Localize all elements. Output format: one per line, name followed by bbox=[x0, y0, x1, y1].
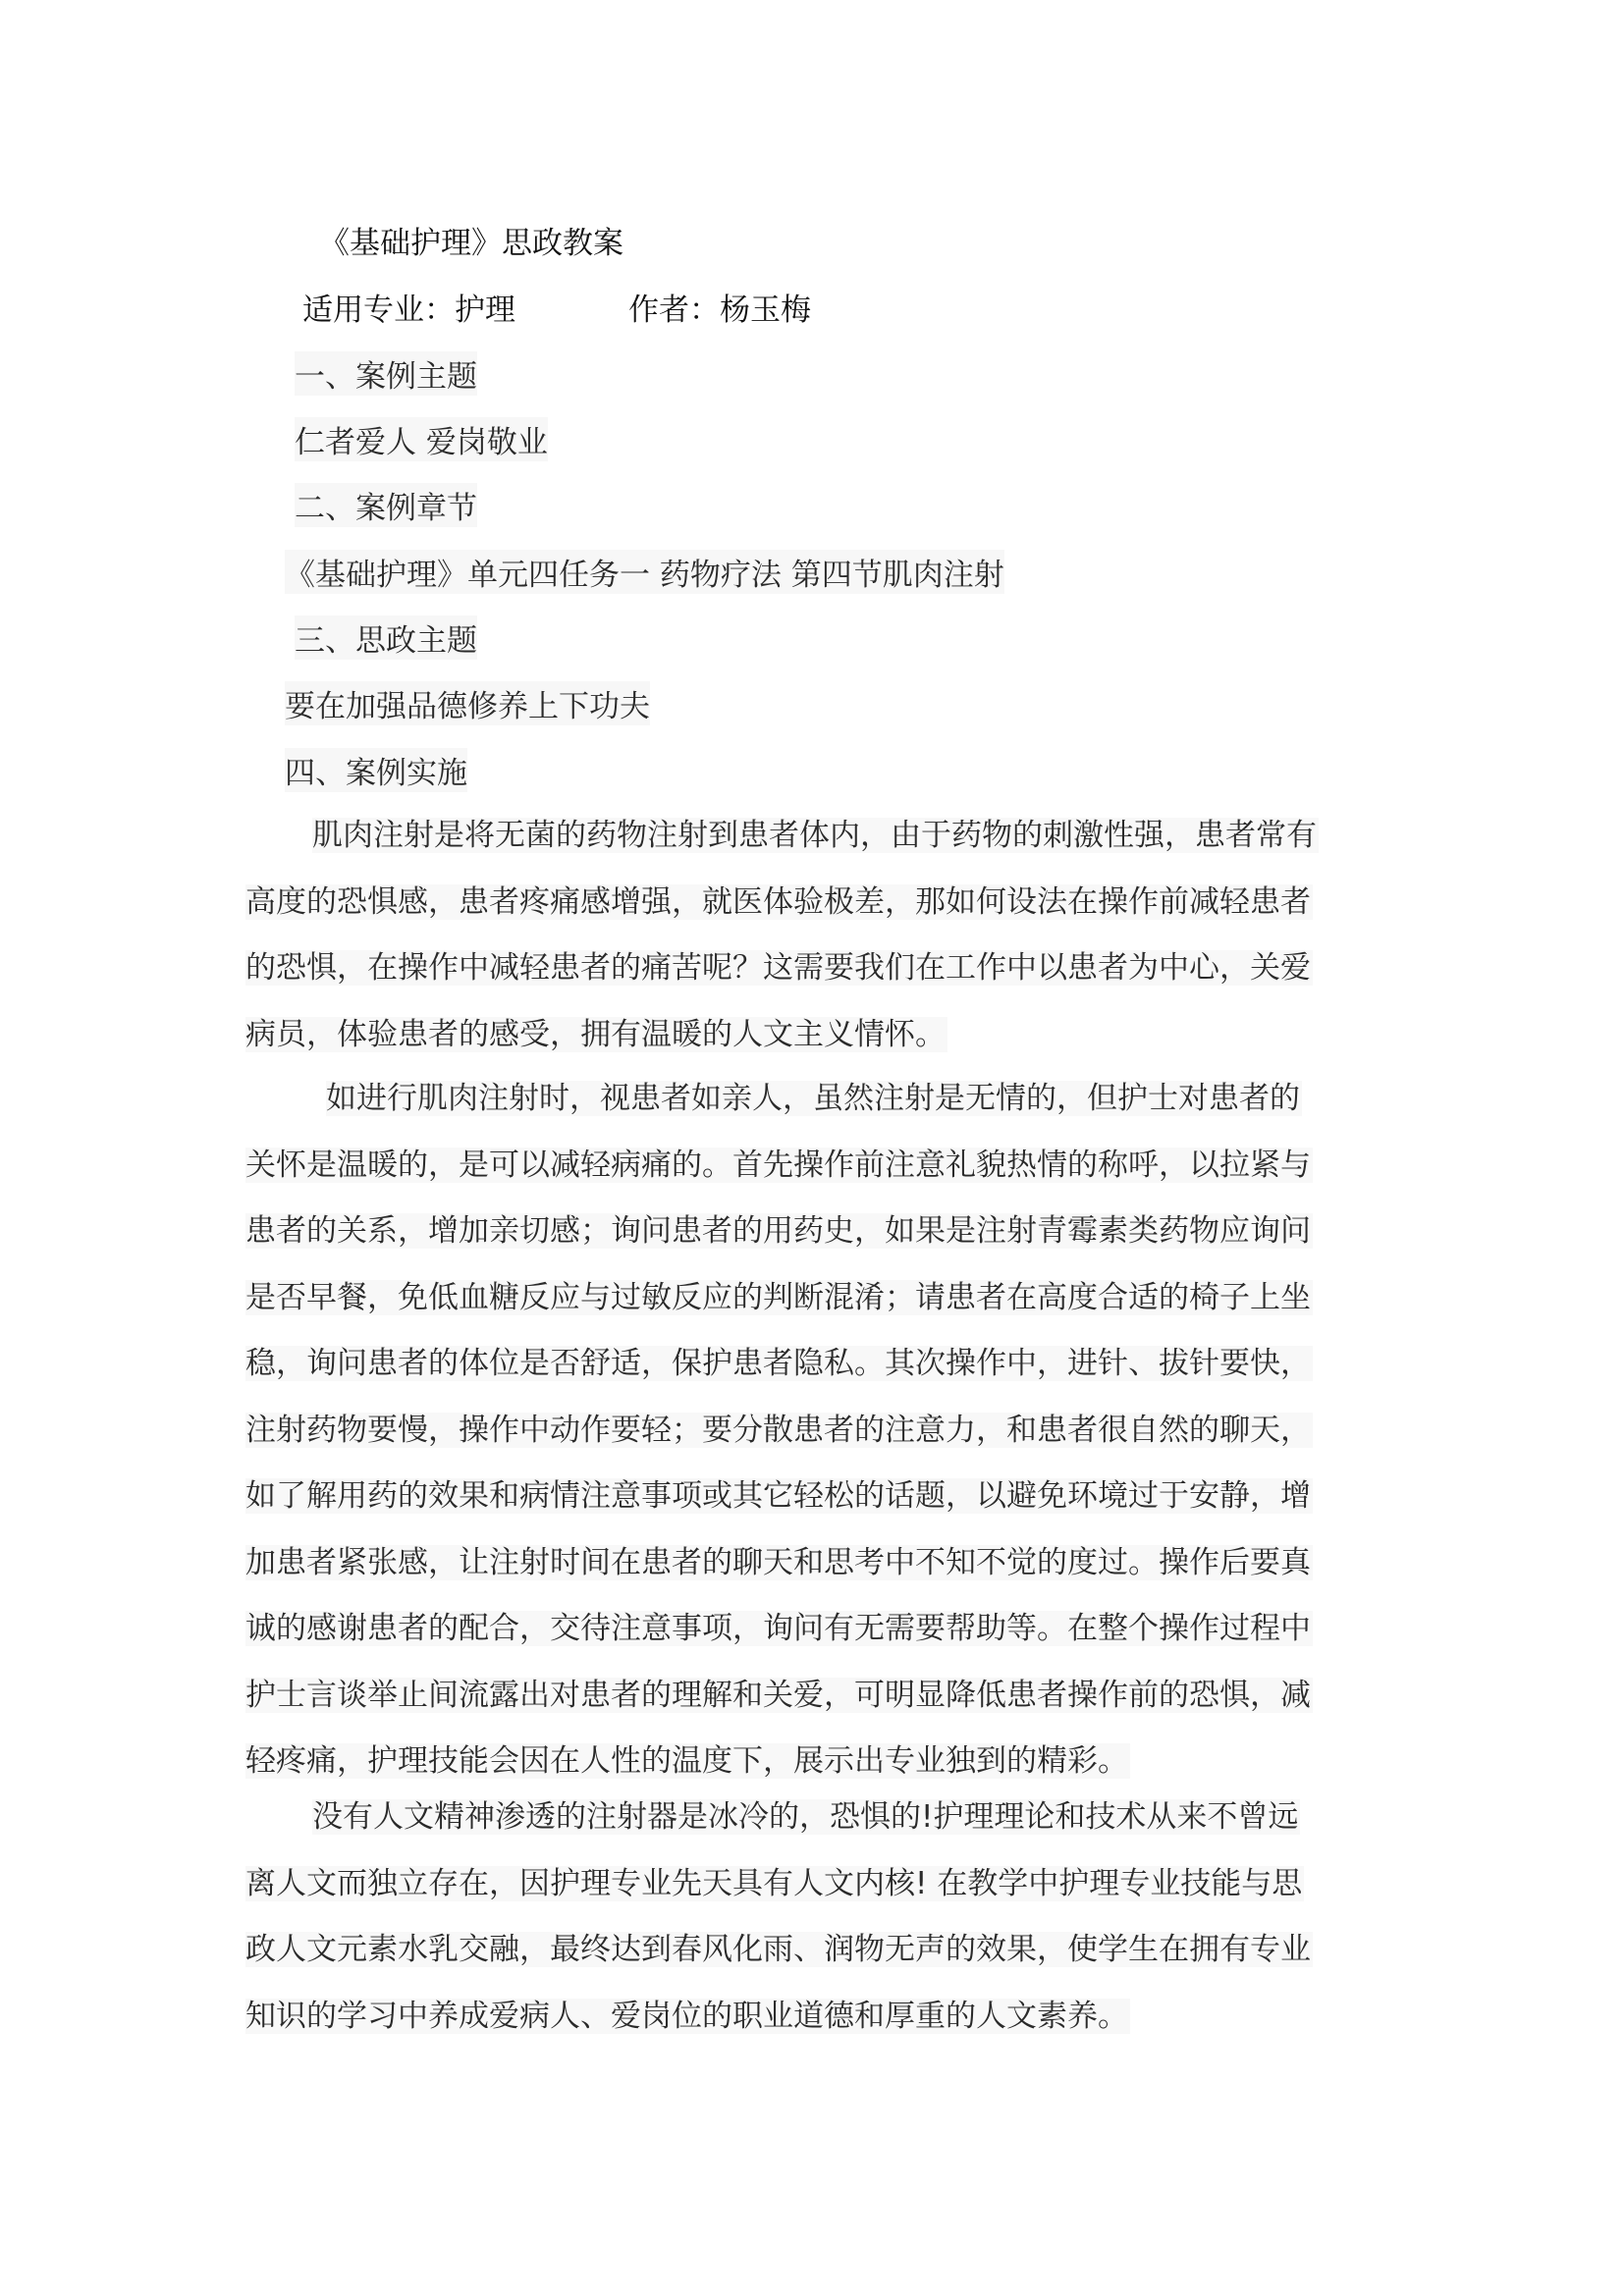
paragraph-line: 政人文元素水乳交融，最终达到春风化雨、润物无声的效果，使学生在拥有专业 bbox=[245, 1932, 1313, 1967]
paragraph-line: 注射药物要慢，操作中动作要轻；要分散患者的注意力，和患者很自然的聊天， bbox=[245, 1413, 1313, 1448]
paragraph-line: 是否早餐，免低血糖反应与过敏反应的判断混淆；请患者在高度合适的椅子上坐 bbox=[245, 1280, 1313, 1315]
section-content-1: 仁者爱人 爱岗敬业 bbox=[295, 417, 548, 461]
paragraph-line: 护士言谈举止间流露出对患者的理解和关爱，可明显降低患者操作前的恐惧，减 bbox=[245, 1678, 1313, 1713]
paragraph-line: 如进行肌肉注射时，视患者如亲人，虽然注射是无情的，但护士对患者的 bbox=[326, 1081, 1302, 1116]
paragraph-line: 知识的学习中养成爱病人、爱岗位的职业道德和厚重的人文素养。 bbox=[245, 1999, 1130, 2034]
major-label: 适用专业：护理 bbox=[302, 293, 515, 328]
paragraph-line: 病员，体验患者的感受，拥有温暖的人文主义情怀。 bbox=[245, 1017, 947, 1052]
section-content-2: 《基础护理》单元四任务一 药物疗法 第四节肌肉注射 bbox=[285, 550, 1004, 594]
paragraph-line: 肌肉注射是将无菌的药物注射到患者体内，由于药物的刺激性强，患者常有 bbox=[312, 818, 1319, 853]
paragraph-line: 患者的关系，增加亲切感；询问患者的用药史，如果是注射青霉素类药物应询问 bbox=[245, 1213, 1313, 1249]
paragraph-line: 加患者紧张感，让注射时间在患者的聊天和思考中不知不觉的度过。操作后要真 bbox=[245, 1545, 1313, 1580]
paragraph-line: 没有人文精神渗透的注射器是冰冷的，恐惧的!护理理论和技术从来不曾远 bbox=[312, 1799, 1300, 1835]
section-content-3: 要在加强品德修养上下功夫 bbox=[285, 681, 650, 725]
paragraph-3: 没有人文精神渗透的注射器是冰冷的，恐惧的!护理理论和技术从来不曾远 离人文而独立… bbox=[245, 1785, 1389, 2050]
section-heading-1: 一、案例主题 bbox=[295, 351, 477, 396]
document-meta: 适用专业：护理作者：杨玉梅 bbox=[302, 285, 811, 329]
paragraph-line: 诚的感谢患者的配合，交待注意事项，询问有无需要帮助等。在整个操作过程中 bbox=[245, 1611, 1313, 1646]
section-heading-4: 四、案例实施 bbox=[285, 748, 467, 792]
paragraph-line: 稳，询问患者的体位是否舒适，保护患者隐私。其次操作中，进针、拔针要快， bbox=[245, 1346, 1313, 1381]
paragraph-line: 离人文而独立存在，因护理专业先天具有人文内核! 在教学中护理专业技能与思 bbox=[245, 1866, 1304, 1901]
section-heading-3: 三、思政主题 bbox=[295, 615, 477, 660]
paragraph-line: 的恐惧，在操作中减轻患者的痛苦呢？这需要我们在工作中以患者为中心，关爱 bbox=[245, 950, 1313, 986]
paragraph-line: 高度的恐惧感，患者疼痛感增强，就医体验极差，那如何设法在操作前减轻患者 bbox=[245, 884, 1313, 920]
author-label: 作者：杨玉梅 bbox=[628, 293, 811, 328]
paragraph-line: 轻疼痛，护理技能会因在人性的温度下，展示出专业独到的精彩。 bbox=[245, 1743, 1130, 1779]
paragraph-1: 肌肉注射是将无菌的药物注射到患者体内，由于药物的刺激性强，患者常有 高度的恐惧感… bbox=[245, 803, 1389, 1068]
paragraph-line: 关怀是温暖的，是可以减轻病痛的。首先操作前注意礼貌热情的称呼，以拉紧与 bbox=[245, 1148, 1313, 1183]
paragraph-2: 如进行肌肉注射时，视患者如亲人，虽然注射是无情的，但护士对患者的 关怀是温暖的，… bbox=[245, 1066, 1389, 1795]
section-heading-2: 二、案例章节 bbox=[295, 483, 477, 527]
paragraph-line: 如了解用药的效果和病情注意事项或其它轻松的话题，以避免环境过于安静，增 bbox=[245, 1478, 1313, 1514]
document-title: 《基础护理》思政教案 bbox=[319, 218, 623, 262]
